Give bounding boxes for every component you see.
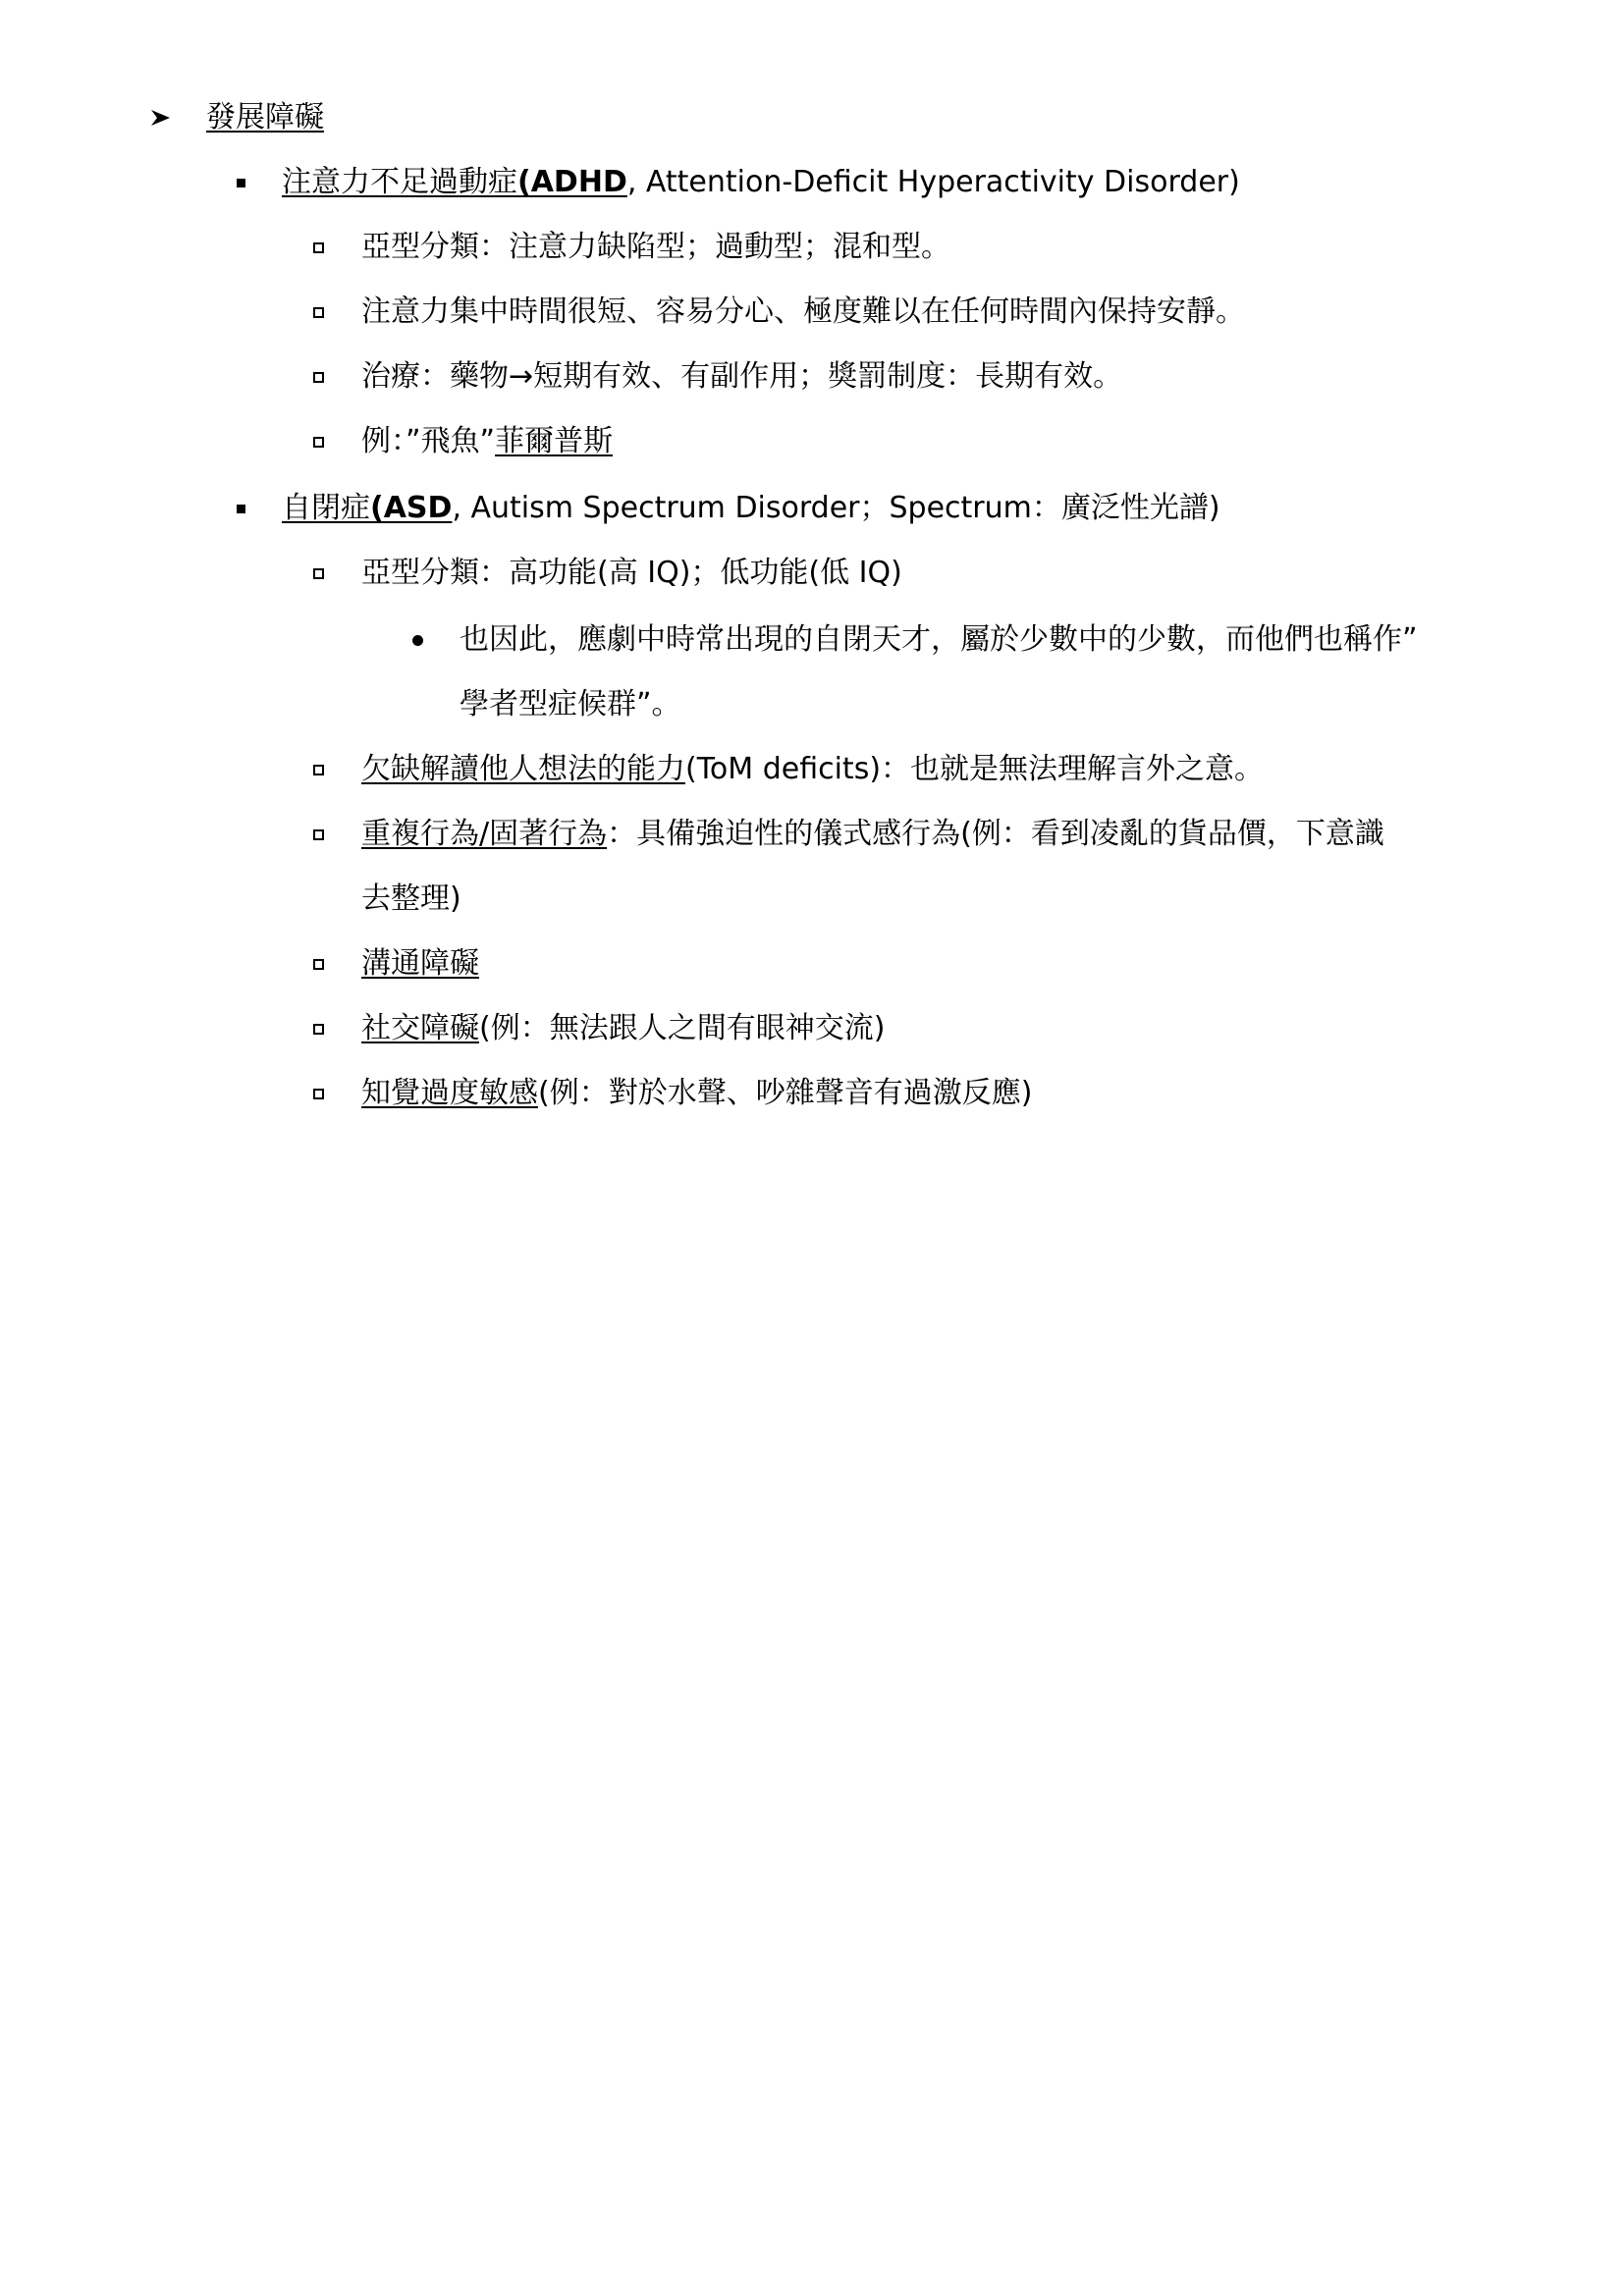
term-underlined: 溝通障礙 <box>361 946 479 981</box>
section-title-adhd: 注意力不足過動症(ADHD, Attention-Deficit Hyperac… <box>231 150 1507 215</box>
list-item-text: 社交障礙(例：無法跟人之間有眼神交流) <box>361 996 885 1061</box>
list-item-text: 去整理) <box>361 867 461 932</box>
hollow-square-bullet-icon <box>308 737 328 802</box>
list-item: 欠缺解讀他人想法的能力(ToM deficits)：也就是無法理解言外之意。 <box>308 737 1585 802</box>
hollow-square-bullet-icon <box>308 1061 328 1126</box>
example-prefix: 例：”飛魚” <box>361 424 495 458</box>
section-title-rest: , Attention-Deficit Hyperactivity Disord… <box>627 165 1240 199</box>
term-description: (ToM deficits)：也就是無法理解言外之意。 <box>685 752 1264 786</box>
list-item-continuation: 去整理) <box>308 867 1585 932</box>
heading-line: 發展障礙 <box>147 85 540 150</box>
section-title-underlined: 注意力不足過動症 <box>282 165 517 199</box>
list-item-text: 亞型分類：高功能(高 IQ)；低功能(低 IQ) <box>361 541 902 606</box>
hollow-square-bullet-icon <box>308 996 328 1061</box>
term-description: ：具備強迫性的儀式感行為(例：看到凌亂的貨品價，下意識 <box>607 817 1384 851</box>
list-item: 重複行為/固著行為：具備強迫性的儀式感行為(例：看到凌亂的貨品價，下意識 <box>308 802 1585 867</box>
list-item-text: 溝通障礙 <box>361 932 479 996</box>
section-title-underlined: 自閉症 <box>282 491 370 525</box>
section-title-asd: 自閉症(ASD, Autism Spectrum Disorder；Spectr… <box>231 476 1507 541</box>
section-abbr: (ADHD <box>517 165 627 199</box>
section-title-text: 自閉症(ASD, Autism Spectrum Disorder；Spectr… <box>282 476 1220 541</box>
sub-list-item-text: 也因此，應劇中時常出現的自閉天才，屬於少數中的少數，而他們也稱作” <box>460 608 1418 672</box>
hollow-square-bullet-icon <box>308 802 328 867</box>
arrow-bullet-icon <box>147 85 173 150</box>
sub-list-item-text: 學者型症候群”。 <box>460 672 681 737</box>
list-item: 知覺過度敏感(例：對於水聲、吵雜聲音有過激反應) <box>308 1061 1585 1126</box>
hollow-square-bullet-icon <box>308 215 328 280</box>
list-item-text: 治療：藥物→短期有效、有副作用；獎罰制度：長期有效。 <box>361 345 1122 409</box>
list-item: 例：”飛魚”菲爾普斯 <box>308 409 1585 474</box>
list-item-text: 注意力集中時間很短、容易分心、極度難以在任何時間內保持安靜。 <box>361 280 1245 345</box>
heading-title: 發展障礙 <box>206 85 324 150</box>
sub-list-item-continuation: 學者型症候群”。 <box>406 672 1624 737</box>
list-item: 亞型分類：高功能(高 IQ)；低功能(低 IQ) <box>308 541 1585 606</box>
section-title-text: 注意力不足過動症(ADHD, Attention-Deficit Hyperac… <box>282 150 1240 215</box>
term-description: (例：無法跟人之間有眼神交流) <box>479 1011 885 1045</box>
square-bullet-icon <box>231 150 250 215</box>
list-item: 治療：藥物→短期有效、有副作用；獎罰制度：長期有效。 <box>308 345 1585 409</box>
list-item-text: 知覺過度敏感(例：對於水聲、吵雜聲音有過激反應) <box>361 1061 1032 1126</box>
list-item-text: 重複行為/固著行為：具備強迫性的儀式感行為(例：看到凌亂的貨品價，下意識 <box>361 802 1384 867</box>
term-underlined: 重複行為/固著行為 <box>361 817 607 851</box>
hollow-square-bullet-icon <box>308 280 328 345</box>
round-bullet-icon <box>406 608 428 672</box>
hollow-square-bullet-icon <box>308 541 328 606</box>
hollow-square-bullet-icon <box>308 345 328 409</box>
list-item-text: 欠缺解讀他人想法的能力(ToM deficits)：也就是無法理解言外之意。 <box>361 737 1264 802</box>
term-underlined: 欠缺解讀他人想法的能力 <box>361 752 685 786</box>
term-underlined: 知覺過度敏感 <box>361 1076 538 1110</box>
list-item-text: 例：”飛魚”菲爾普斯 <box>361 409 613 474</box>
list-item: 亞型分類：注意力缺陷型；過動型；混和型。 <box>308 215 1585 280</box>
list-item: 注意力集中時間很短、容易分心、極度難以在任何時間內保持安靜。 <box>308 280 1585 345</box>
term-underlined: 社交障礙 <box>361 1011 479 1045</box>
list-item: 溝通障礙 <box>308 932 1585 996</box>
list-item: 社交障礙(例：無法跟人之間有眼神交流) <box>308 996 1585 1061</box>
section-abbr: (ASD <box>370 491 452 525</box>
hollow-square-bullet-icon <box>308 932 328 996</box>
example-name: 菲爾普斯 <box>495 424 613 458</box>
hollow-square-bullet-icon <box>308 409 328 474</box>
square-bullet-icon <box>231 476 250 541</box>
section-title-rest: , Autism Spectrum Disorder；Spectrum：廣泛性光… <box>452 491 1219 525</box>
term-description: (例：對於水聲、吵雜聲音有過激反應) <box>538 1076 1032 1110</box>
sub-list-item: 也因此，應劇中時常出現的自閉天才，屬於少數中的少數，而他們也稱作” <box>406 608 1624 672</box>
list-item-text: 亞型分類：注意力缺陷型；過動型；混和型。 <box>361 215 950 280</box>
